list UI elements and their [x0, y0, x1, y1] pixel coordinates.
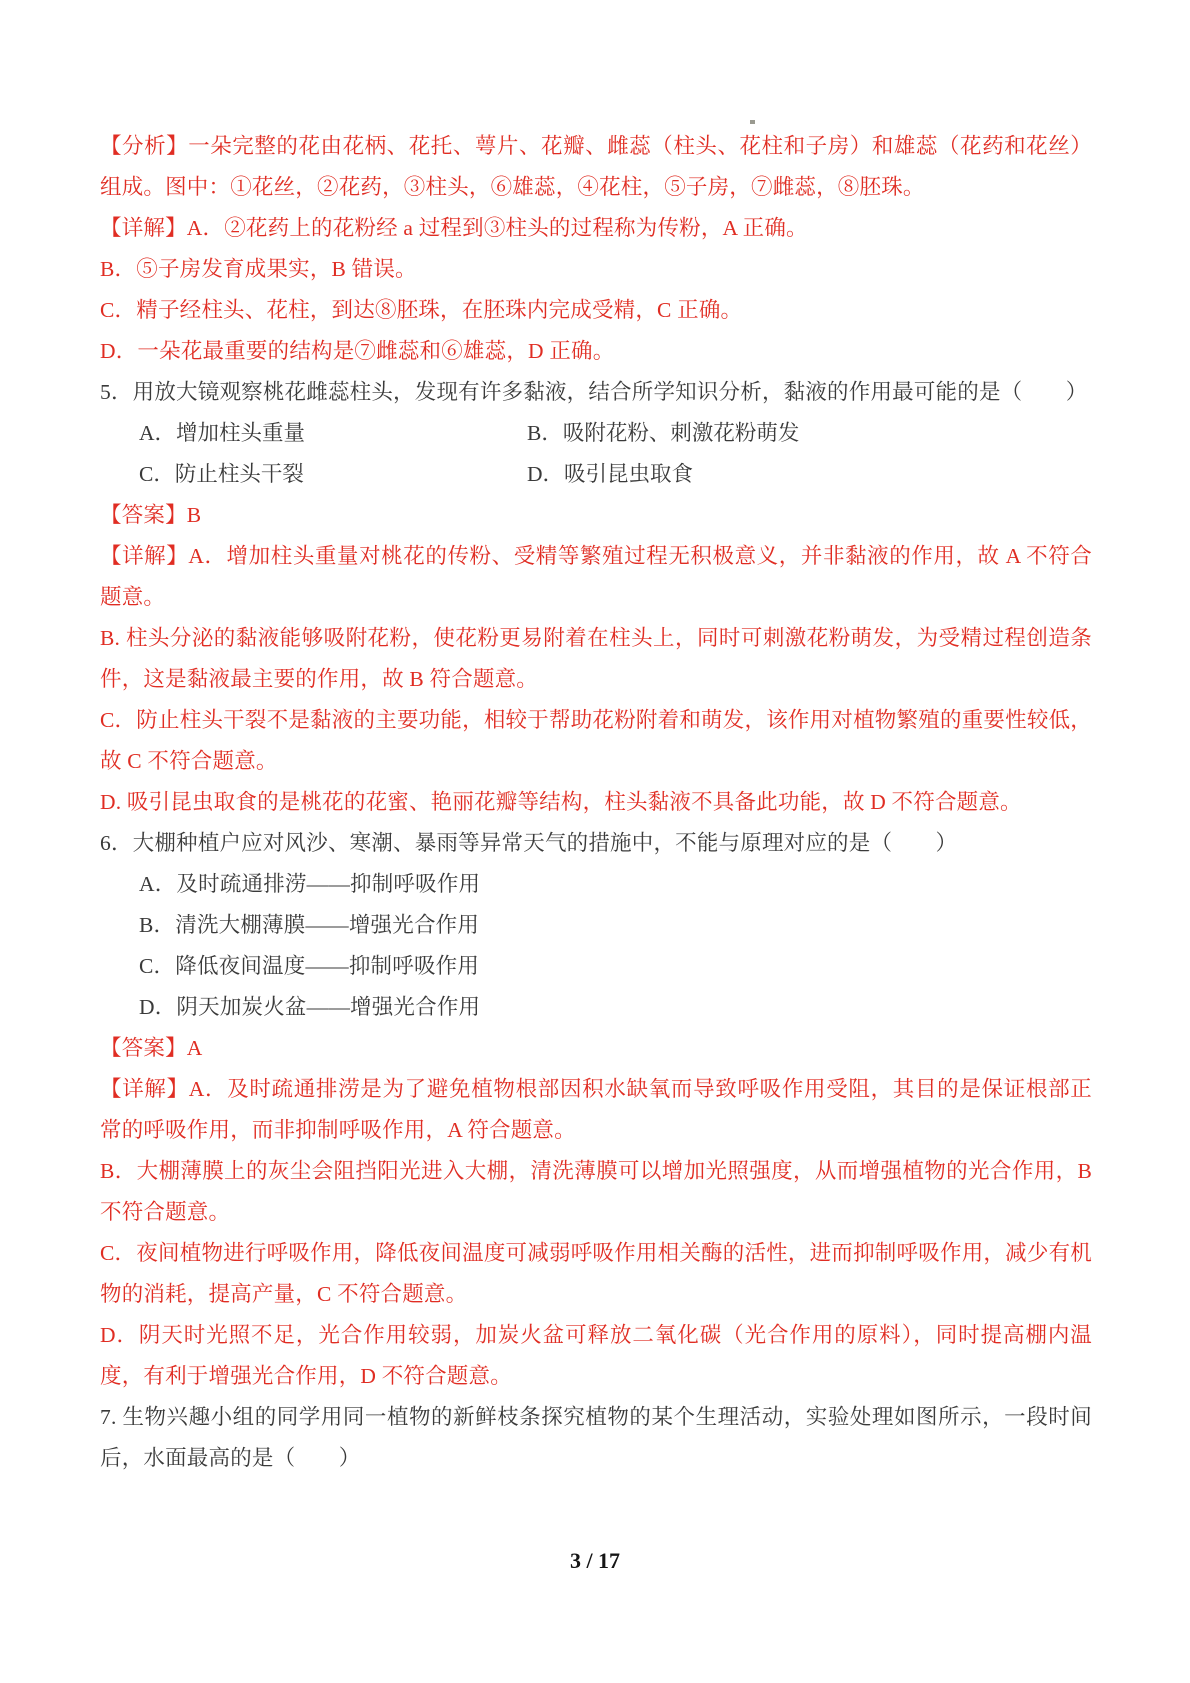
speck-artifact	[750, 120, 755, 124]
q5-answer: 【答案】B	[100, 495, 1092, 536]
q5-detail-a: 【详解】A．增加柱头重量对桃花的传粉、受精等繁殖过程无积极意义，并非黏液的作用，…	[100, 536, 1092, 618]
q5-options-row-1: A．增加柱头重量 B．吸附花粉、刺激花粉萌发	[100, 413, 1092, 454]
q5-option-c: C．防止柱头干裂	[139, 454, 527, 495]
document-page: 【分析】一朵完整的花由花柄、花托、萼片、花瓣、雌蕊（柱头、花柱和子房）和雄蕊（花…	[0, 0, 1190, 1683]
q5-detail-d: D. 吸引昆虫取食的是桃花的花蜜、艳丽花瓣等结构，柱头黏液不具备此功能，故 D …	[100, 782, 1092, 823]
q6-option-d: D．阴天加炭火盆——增强光合作用	[100, 987, 1092, 1028]
q4-analysis: 【分析】一朵完整的花由花柄、花托、萼片、花瓣、雌蕊（柱头、花柱和子房）和雄蕊（花…	[100, 126, 1092, 208]
q5-stem: 5．用放大镜观察桃花雌蕊柱头，发现有许多黏液，结合所学知识分析，黏液的作用最可能…	[100, 372, 1092, 413]
q5-options-row-2: C．防止柱头干裂 D．吸引昆虫取食	[100, 454, 1092, 495]
q5-detail-b: B. 柱头分泌的黏液能够吸附花粉，使花粉更易附着在柱头上，同时可刺激花粉萌发，为…	[100, 618, 1092, 700]
q6-answer: 【答案】A	[100, 1028, 1092, 1069]
page-number: 3 / 17	[0, 1548, 1190, 1574]
q4-detail-a: 【详解】A．②花药上的花粉经 a 过程到③柱头的过程称为传粉，A 正确。	[100, 208, 1092, 249]
option-indent	[100, 454, 139, 495]
q6-option-c: C．降低夜间温度——抑制呼吸作用	[100, 946, 1092, 987]
q6-stem: 6．大棚种植户应对风沙、寒潮、暴雨等异常天气的措施中，不能与原理对应的是（ ）	[100, 823, 1092, 864]
q6-detail-a: 【详解】A．及时疏通排涝是为了避免植物根部因积水缺氧而导致呼吸作用受阻，其目的是…	[100, 1069, 1092, 1151]
q6-option-b: B．清洗大棚薄膜——增强光合作用	[100, 905, 1092, 946]
q5-option-d: D．吸引昆虫取食	[527, 454, 693, 495]
document-body: 【分析】一朵完整的花由花柄、花托、萼片、花瓣、雌蕊（柱头、花柱和子房）和雄蕊（花…	[100, 126, 1092, 1479]
q5-detail-c: C．防止柱头干裂不是黏液的主要功能，相较于帮助花粉附着和萌发，该作用对植物繁殖的…	[100, 700, 1092, 782]
q6-option-a: A．及时疏通排涝——抑制呼吸作用	[100, 864, 1092, 905]
option-indent	[100, 413, 139, 454]
q7-stem: 7. 生物兴趣小组的同学用同一植物的新鲜枝条探究植物的某个生理活动，实验处理如图…	[100, 1397, 1092, 1479]
q4-detail-d: D．一朵花最重要的结构是⑦雌蕊和⑥雄蕊，D 正确。	[100, 331, 1092, 372]
q5-option-a: A．增加柱头重量	[139, 413, 527, 454]
q6-detail-d: D．阴天时光照不足，光合作用较弱，加炭火盆可释放二氧化碳（光合作用的原料），同时…	[100, 1315, 1092, 1397]
q4-detail-b: B．⑤子房发育成果实，B 错误。	[100, 249, 1092, 290]
q6-detail-c: C．夜间植物进行呼吸作用，降低夜间温度可减弱呼吸作用相关酶的活性，进而抑制呼吸作…	[100, 1233, 1092, 1315]
q6-detail-b: B．大棚薄膜上的灰尘会阻挡阳光进入大棚，清洗薄膜可以增加光照强度，从而增强植物的…	[100, 1151, 1092, 1233]
q4-detail-c: C．精子经柱头、花柱，到达⑧胚珠，在胚珠内完成受精，C 正确。	[100, 290, 1092, 331]
q5-option-b: B．吸附花粉、刺激花粉萌发	[527, 413, 799, 454]
